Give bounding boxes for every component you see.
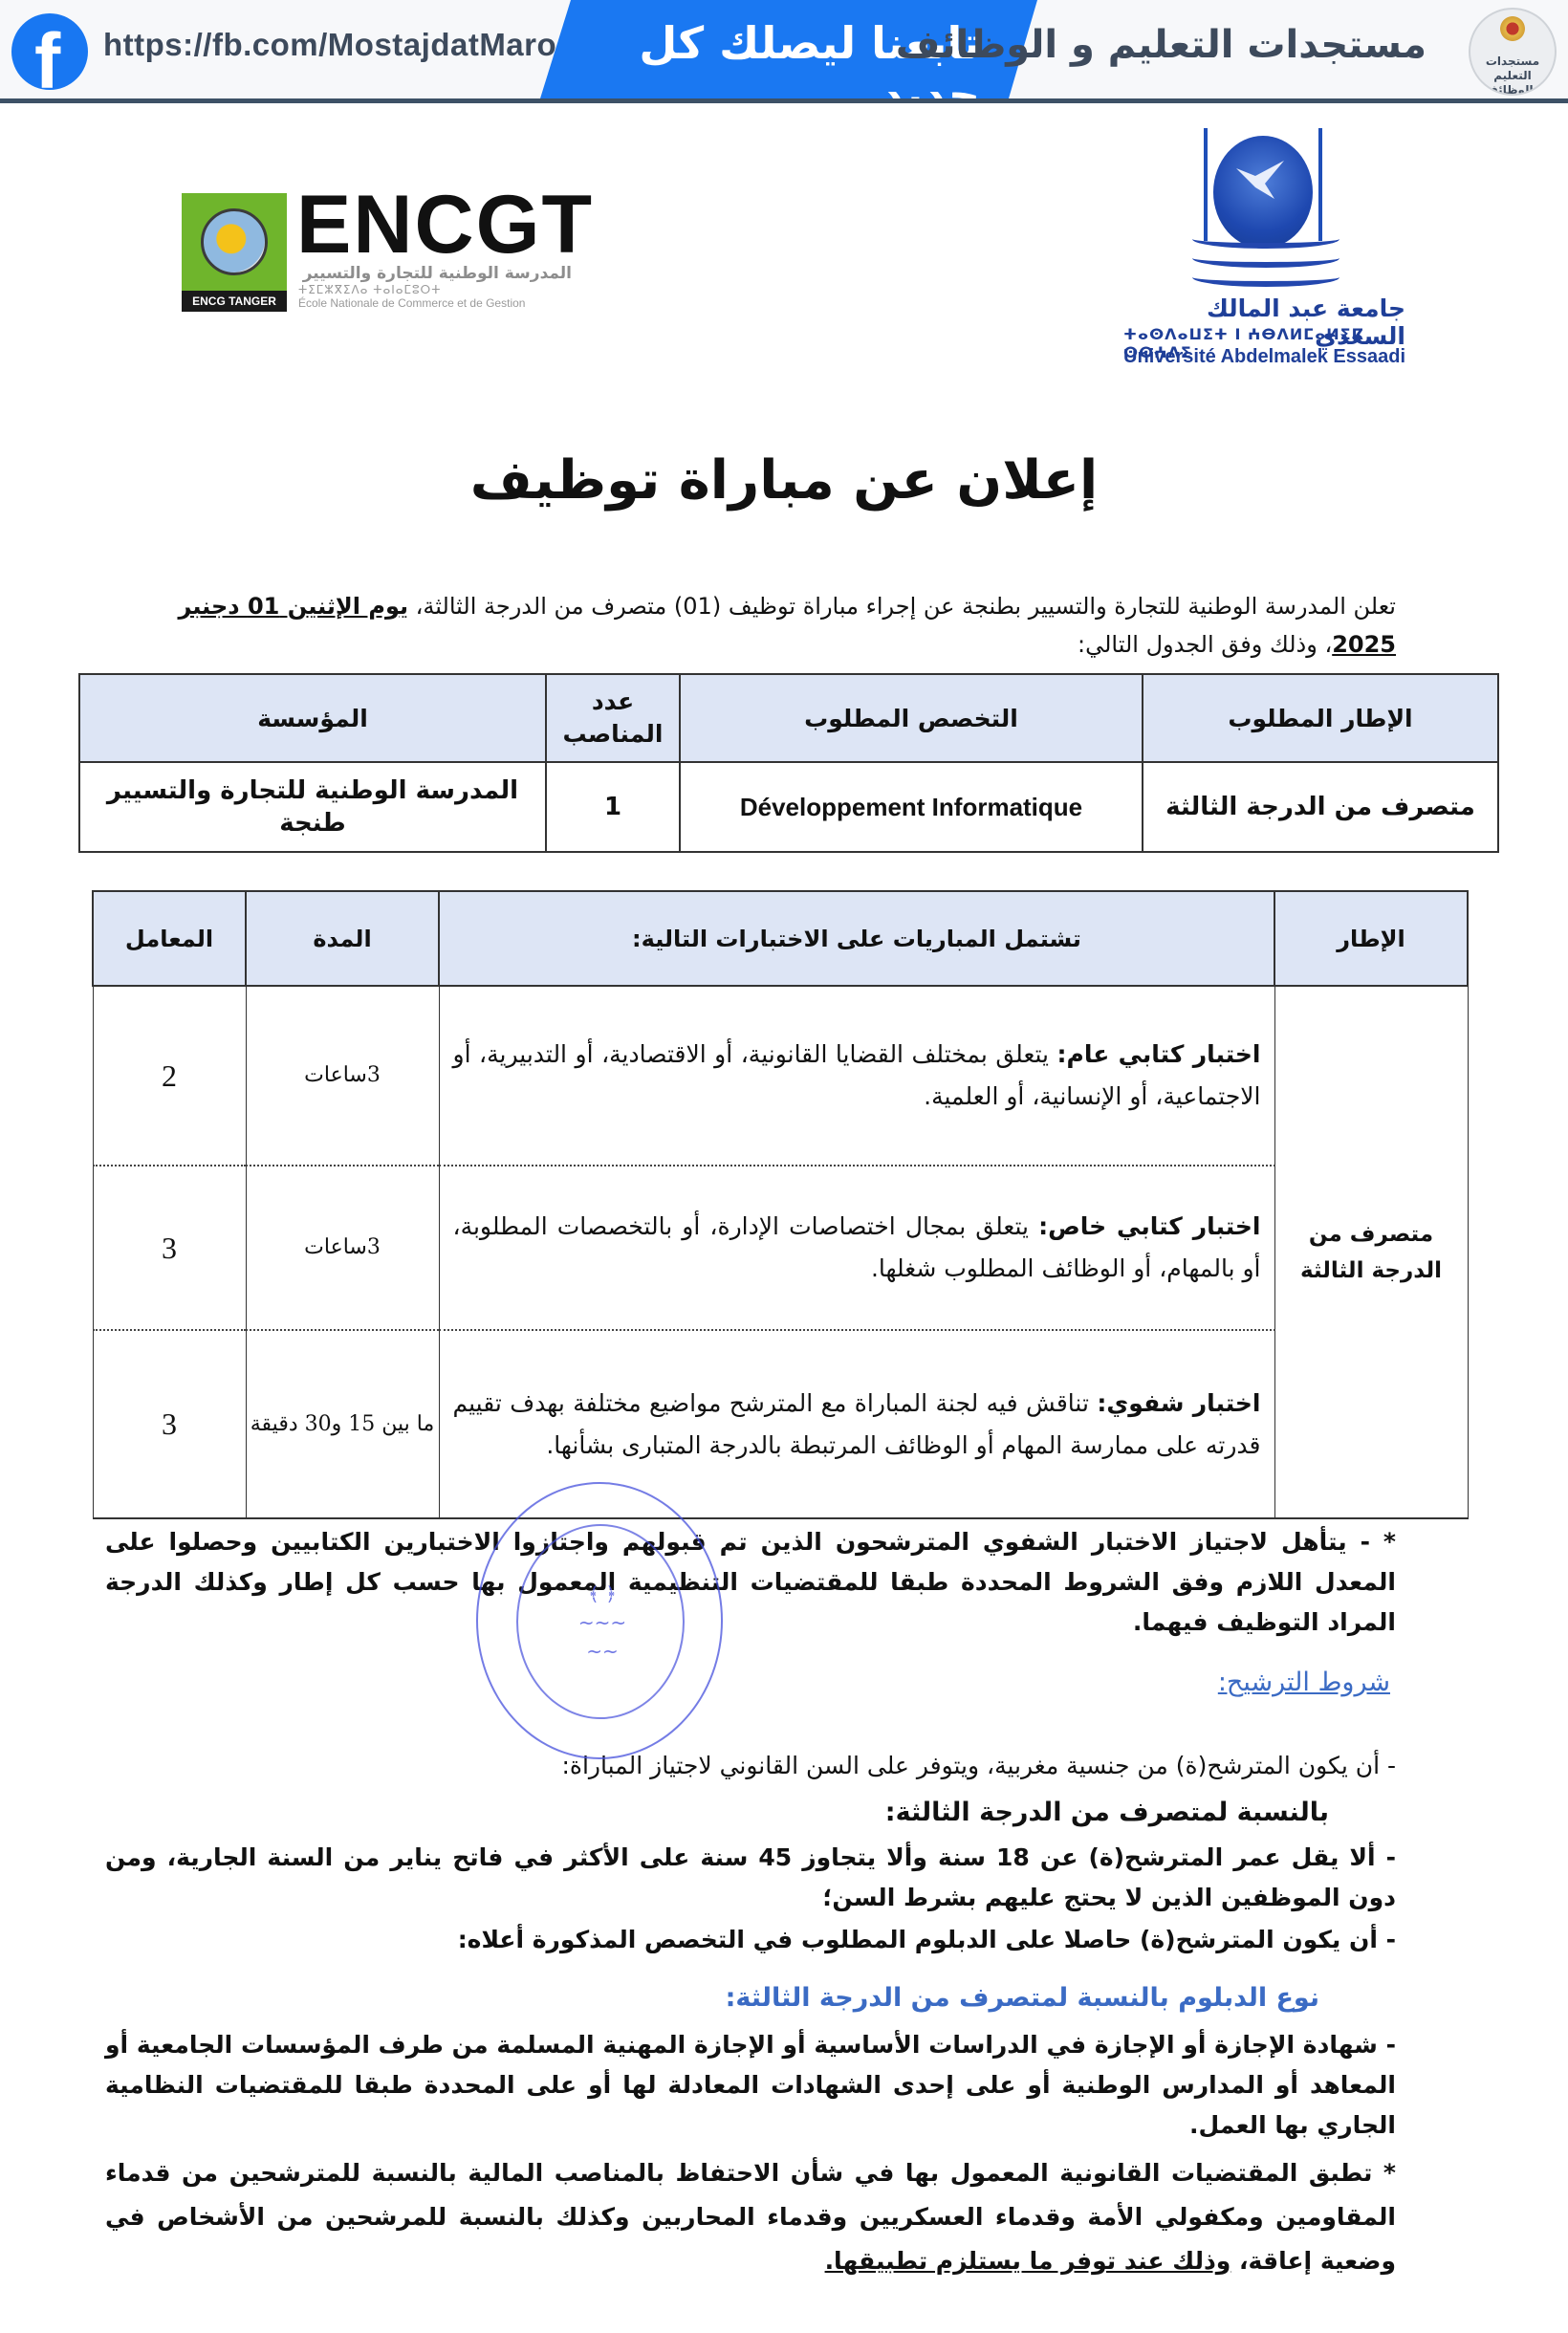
intro-text: تعلن المدرسة الوطنية للتجارة والتسيير بط… — [408, 593, 1396, 620]
encgt-acronym: ENCGT — [296, 184, 594, 266]
specialty-cell: Développement Informatique — [680, 762, 1143, 852]
wave-icon — [1192, 249, 1339, 268]
oral-exam-note: * - يتأهل لاجتياز الاختبار الشفوي المترش… — [105, 1522, 1396, 1643]
diploma-type-heading: نوع الدبلوم بالنسبة لمتصرف من الدرجة الث… — [726, 1983, 1319, 2013]
wave-icon — [1192, 229, 1339, 249]
university-logo: جامعة عبد المالك السعدي ⵜⴰⵙⴷⴰⵡⵉⵜ ⵏ ⵄⴱⴷⵍⵎ… — [1123, 124, 1410, 382]
page-title: إعلان عن مباراة توظيف — [0, 449, 1568, 512]
coefficient-cell: 3 — [93, 1166, 246, 1330]
coefficient-cell: 3 — [93, 1330, 246, 1518]
encgt-badge-label: ENCG TANGER — [182, 291, 287, 312]
grade-subheading: بالنسبة لمتصرف من الدرجة الثالثة: — [885, 1798, 1329, 1827]
exam-title: اختبار شفوي: — [1097, 1389, 1260, 1417]
diploma-type-text: - شهادة الإجازة أو الإجازة في الدراسات ا… — [105, 2025, 1396, 2146]
table-row: اختبار كتابي خاص: يتعلق بمجال اختصاصات ا… — [93, 1166, 1468, 1330]
count-cell: 1 — [546, 762, 680, 852]
exam-title: اختبار كتابي عام: — [1057, 1040, 1261, 1068]
table-row: متصرف من الدرجة الثالثة اختبار كتابي عام… — [93, 986, 1468, 1166]
condition-age: - ألا يقل عمر المترشح(ة) عن 18 سنة وألا … — [105, 1838, 1396, 1918]
final-note-emphasis: وذلك عند توفر ما يستلزم تطبيقها. — [825, 2247, 1231, 2275]
column-header: الإطار — [1274, 891, 1468, 986]
exam-description: اختبار كتابي خاص: يتعلق بمجال اختصاصات ا… — [439, 1166, 1274, 1330]
intro-paragraph: تعلن المدرسة الوطنية للتجارة والتسيير بط… — [134, 587, 1396, 664]
table-row: متصرف من الدرجة الثالثة Développement In… — [79, 762, 1498, 852]
frame-cell: متصرف من الدرجة الثالثة — [1274, 986, 1468, 1518]
exam-description: اختبار شفوي: تناقش فيه لجنة المباراة مع … — [439, 1330, 1274, 1518]
moroccan-emblem-icon — [1498, 14, 1527, 43]
duration-cell: ما بين 15 و30 دقيقة — [246, 1330, 439, 1518]
site-title: مستجدات التعليم و الوظائف — [896, 23, 1426, 67]
conditions-heading: شروط الترشيح: — [1218, 1668, 1390, 1697]
condition-diploma: - أن يكون المترشح(ة) حاصلا على الدبلوم ا… — [105, 1920, 1396, 1960]
column-header: المعامل — [93, 891, 246, 986]
column-header: المدة — [246, 891, 439, 986]
wave-icon — [1192, 268, 1339, 287]
encgt-tifinagh-name: ⵜⵉⵎⵣⴳⵉⴷⴰ ⵜⴰⵏⴰⵎⵓⵔⵜ — [298, 283, 441, 296]
column-header: الإطار المطلوب — [1143, 674, 1498, 762]
encgt-logo: ENCG TANGER ENCGT المدرسة الوطنية للتجار… — [182, 189, 574, 314]
site-logo: مستجدات التعليم والوظائف — [1469, 8, 1557, 96]
positions-table: الإطار المطلوب التخصص المطلوب عدد المناص… — [78, 673, 1499, 853]
encgt-arabic-name: المدرسة الوطنية للتجارة والتسيير — [298, 264, 572, 283]
exam-title: اختبار كتابي خاص: — [1038, 1212, 1260, 1240]
table-row: اختبار شفوي: تناقش فيه لجنة المباراة مع … — [93, 1330, 1468, 1518]
logo-frame-left — [1204, 128, 1208, 241]
grade-cell: متصرف من الدرجة الثالثة — [1143, 762, 1498, 852]
duration-cell: 3ساعات — [246, 986, 439, 1166]
institution-cell: المدرسة الوطنية للتجارة والتسيير طنجة — [79, 762, 546, 852]
condition-nationality: - أن يكون المترشح(ة) من جنسية مغربية، وي… — [402, 1746, 1396, 1786]
site-logo-line2: والوظائف — [1470, 83, 1555, 96]
logo-frame-right — [1318, 128, 1322, 241]
globe-icon — [201, 208, 268, 275]
column-header: المؤسسة — [79, 674, 546, 762]
column-header: التخصص المطلوب — [680, 674, 1143, 762]
column-header: تشتمل المباريات على الاختبارات التالية: — [439, 891, 1274, 986]
final-note: * تطبق المقتضيات القانونية المعمول بها ف… — [105, 2151, 1396, 2283]
facebook-icon[interactable]: f — [11, 13, 88, 90]
exams-table: الإطار تشتمل المباريات على الاختبارات ال… — [92, 890, 1469, 1519]
exam-description: اختبار كتابي عام: يتعلق بمختلف القضايا ا… — [439, 986, 1274, 1166]
encgt-french-name: École Nationale de Commerce et de Gestio… — [298, 296, 525, 310]
site-logo-line1: مستجدات التعليم — [1470, 55, 1555, 83]
intro-tail: ، وذلك وفق الجدول التالي: — [1078, 631, 1332, 658]
university-french-name: Université Abdelmalek Essaadi — [1123, 346, 1405, 368]
top-banner: f https://fb.com/MostajdatMaroc تابعنا ل… — [0, 0, 1568, 103]
duration-cell: 3ساعات — [246, 1166, 439, 1330]
column-header: عدد المناصب — [546, 674, 680, 762]
coefficient-cell: 2 — [93, 986, 246, 1166]
facebook-link[interactable]: https://fb.com/MostajdatMaroc — [103, 27, 575, 63]
